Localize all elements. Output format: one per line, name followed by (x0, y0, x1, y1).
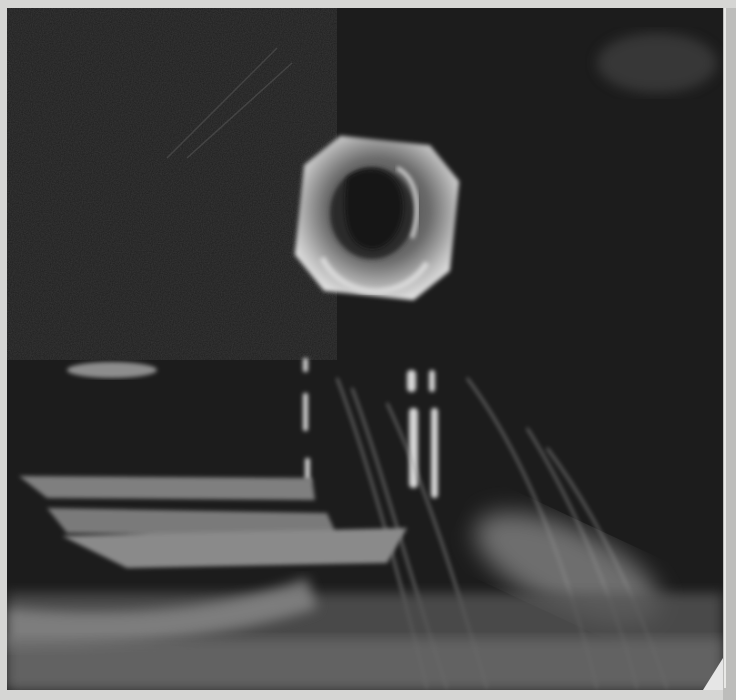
photograph (7, 8, 723, 690)
print-edge-line (724, 8, 726, 688)
photo-content (7, 8, 723, 690)
seal (291, 132, 462, 303)
